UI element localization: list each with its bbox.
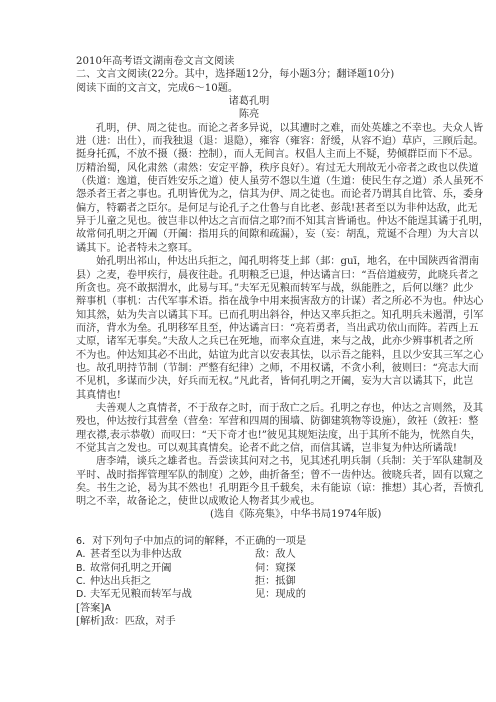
- source-citation: (选自《陈亮集》，中华书局1974年版): [210, 508, 381, 521]
- article-line: 辩事机（事机：古代军事术语。指在战争中用来损害敌方的计谋）者之所必不为也。仲达心: [76, 295, 422, 308]
- answer-line: [答案] A: [76, 602, 422, 615]
- article-line: 孔明，伊、周之徒也。而论之者多异说，以其遭时之难，而处英雄之不幸也。夫众人皆: [76, 122, 422, 135]
- answer-label: [答案]: [76, 602, 104, 615]
- answer-value: A: [104, 602, 111, 615]
- option-a: A． 甚者至以为非仲达敌 敌：敌人: [76, 548, 422, 561]
- article-line: 唐李靖，谈兵之雄者也。吾尝读其问对之书，见其述孔明兵制（兵制：关于军队建制及: [76, 455, 422, 468]
- article-line: 始孔明出祁山，仲达出兵拒之，闻孔明将芟上邽（邽：guī，地名，在中国陕西省渭南: [76, 255, 422, 268]
- article-line: 所贪也。亮不敢据渭水，此易与耳。”夫军无见粮而转军与战，纵能胜之，后何以继？此少: [76, 282, 422, 295]
- option-gloss: 见：现成的: [255, 588, 306, 601]
- article-line: 丈原，诸军无事矣。”夫敌人之兵已在死地，而率众直进，来与之战，此亦少辨事机者之所: [76, 335, 422, 348]
- option-sentence: 夫军无见粮而转军与战: [90, 588, 255, 601]
- document-page: 2010年高考语文湖南卷文言文阅读 二、文言文阅读(22分。其中，选择题12分，…: [76, 55, 422, 509]
- option-letter: D．: [76, 588, 90, 601]
- article-line: 其真情也!: [76, 389, 422, 402]
- option-sentence: 甚者至以为非仲达敌: [90, 548, 255, 561]
- article-author: 陈亮: [76, 108, 422, 121]
- article-line: （佚道：逸道，使百姓安乐之道）使人虽劳不怨以生道（生道：使民生存之道）杀人虽死不: [76, 175, 422, 188]
- option-sentence: 仲达出兵拒之: [90, 575, 255, 588]
- option-sentence: 故常伺孔明之开阖: [90, 562, 255, 575]
- option-letter: B．: [76, 562, 90, 575]
- section-heading: 二、文言文阅读(22分。其中，选择题12分，每小题3分；翻译题10分): [76, 68, 422, 81]
- article-line: 殁也，仲达按行其营垒（营垒：军营和四周的围墙、防御建筑物等设施），敛衽（敛衽：整: [76, 415, 422, 428]
- analysis-label: [解析]: [76, 615, 104, 628]
- question-stem-text: ．对下列句子中加点的词的解释，不正确的一项是: [82, 535, 306, 548]
- article-line: 挺身托孤，不放不摄（摄：控制），而人无间言。权倡人主而上不疑，势倾群臣而下不忌。: [76, 148, 422, 161]
- article-line: 知其然，姑为失言以谲其下耳。已而孔明出斜谷，仲达又率兵拒之。知孔明兵未遏渭，引军: [76, 309, 422, 322]
- article-line: 矣。书生之论，曷为其不然也！孔明距今且千载矣，未有能谅（谅：推想）其心者，吾愤孔: [76, 482, 422, 495]
- document-title: 2010年高考语文湖南卷文言文阅读: [76, 55, 422, 68]
- option-gloss: 拒：抵御: [255, 575, 296, 588]
- article-line: 明之不幸，故备论之，使世以成败论人物者其少戒也。: [76, 495, 422, 508]
- option-gloss: 伺：窥探: [255, 562, 296, 575]
- analysis-line: [解析] 敌：匹敌，对手: [76, 615, 422, 628]
- article-line: 不为也。仲达知其必不出此，姑谊为此言以安表其怯，以示吾之能料，且以少安其三军之心: [76, 349, 422, 362]
- analysis-text: 敌：匹敌，对手: [104, 615, 175, 628]
- article-line: 不见机，多谋而少决，好兵而无权。”凡此者，皆伺孔明之开阖，妄为大言以谲其下，此岂: [76, 375, 422, 388]
- article-line: 异于儿童之见也。彼岂非以仲达之言而信之耶?而不知其言皆诵也。仲达不能逞其谲于孔明…: [76, 215, 422, 228]
- article-line: 县）之麦，卷甲疾行，晨夜往赴。孔明粮乏已退，仲达谲言曰：“吾倍道疲劳，此晓兵者之: [76, 269, 422, 282]
- article-line: 不觉其言之发也。可以观其真情矣。论者不此之信，而信其谲，岂非复为仲达所谲哉!: [76, 442, 422, 455]
- article-line: 怨杀者王者之事也。孔明皆优为之，信其为伊、周之徒也。而论者乃谓其自比管、乐，委身: [76, 188, 422, 201]
- article-line: 谲其下。论者特未之察耳。: [76, 242, 422, 255]
- question-6: 6 ．对下列句子中加点的词的解释，不正确的一项是 A． 甚者至以为非仲达敌 敌：…: [76, 535, 422, 628]
- option-letter: A．: [76, 548, 90, 561]
- option-c: C． 仲达出兵拒之 拒：抵御: [76, 575, 422, 588]
- article-line: 理衣襟,表示恭敬）而叹曰：“天下奇才也!”彼见其规矩法度，出于其所不能为，恍然自…: [76, 429, 422, 442]
- article-line: 夫善观人之真情者，不于敌存之时，而于敌亡之后。孔明之存也，仲达之言则然，及其: [76, 402, 422, 415]
- article-line: 进（进：出仕），而我独退（退：退隐），雍容（雍容：舒缓，从容不迫）草庐，三顾后起…: [76, 135, 422, 148]
- article-line: 厉精治蜀，风化肃然（肃然：安定平静，秩序良好）。宥过无大刑故无小帝者之政也以佚道: [76, 162, 422, 175]
- article-line: 故常伺孔明之开阖（开阖：指用兵的间隙和疏漏），妄（妄：胡乱，荒诞不合理）为大言以: [76, 228, 422, 241]
- article-line: 平时、战时指挥管理军队的制度）之妙，曲折备至；曾不一齿仲达。彼晓兵者，固有以窥之: [76, 469, 422, 482]
- instruction-text: 阅读下面的文言文，完成6～10题。: [76, 82, 422, 95]
- article-line: 偏方，特霸者之臣尔。是何足与论孔子之仕鲁与自比老、彭哉!甚者至以为非仲达敌，此无: [76, 202, 422, 215]
- question-stem: 6 ．对下列句子中加点的词的解释，不正确的一项是: [76, 535, 422, 548]
- option-d: D． 夫军无见粮而转军与战 见：现成的: [76, 588, 422, 601]
- article-line: 也。故孔明持节制（节制：严整有纪律）之师，不用权谲，不贪小利，彼则曰：“亮志大而: [76, 362, 422, 375]
- article-body: 孔明，伊、周之徒也。而论之者多异说，以其遭时之难，而处英雄之不幸也。夫众人皆 进…: [76, 122, 422, 509]
- option-b: B． 故常伺孔明之开阖 伺：窥探: [76, 562, 422, 575]
- article-line: 而济，背水为垒。孔明移军且至，仲达谲言曰：“亮若勇者，当出武功依山而阵。若西上五: [76, 322, 422, 335]
- article-title: 诸葛孔明: [76, 95, 422, 108]
- option-gloss: 敌：敌人: [255, 548, 296, 561]
- option-letter: C．: [76, 575, 90, 588]
